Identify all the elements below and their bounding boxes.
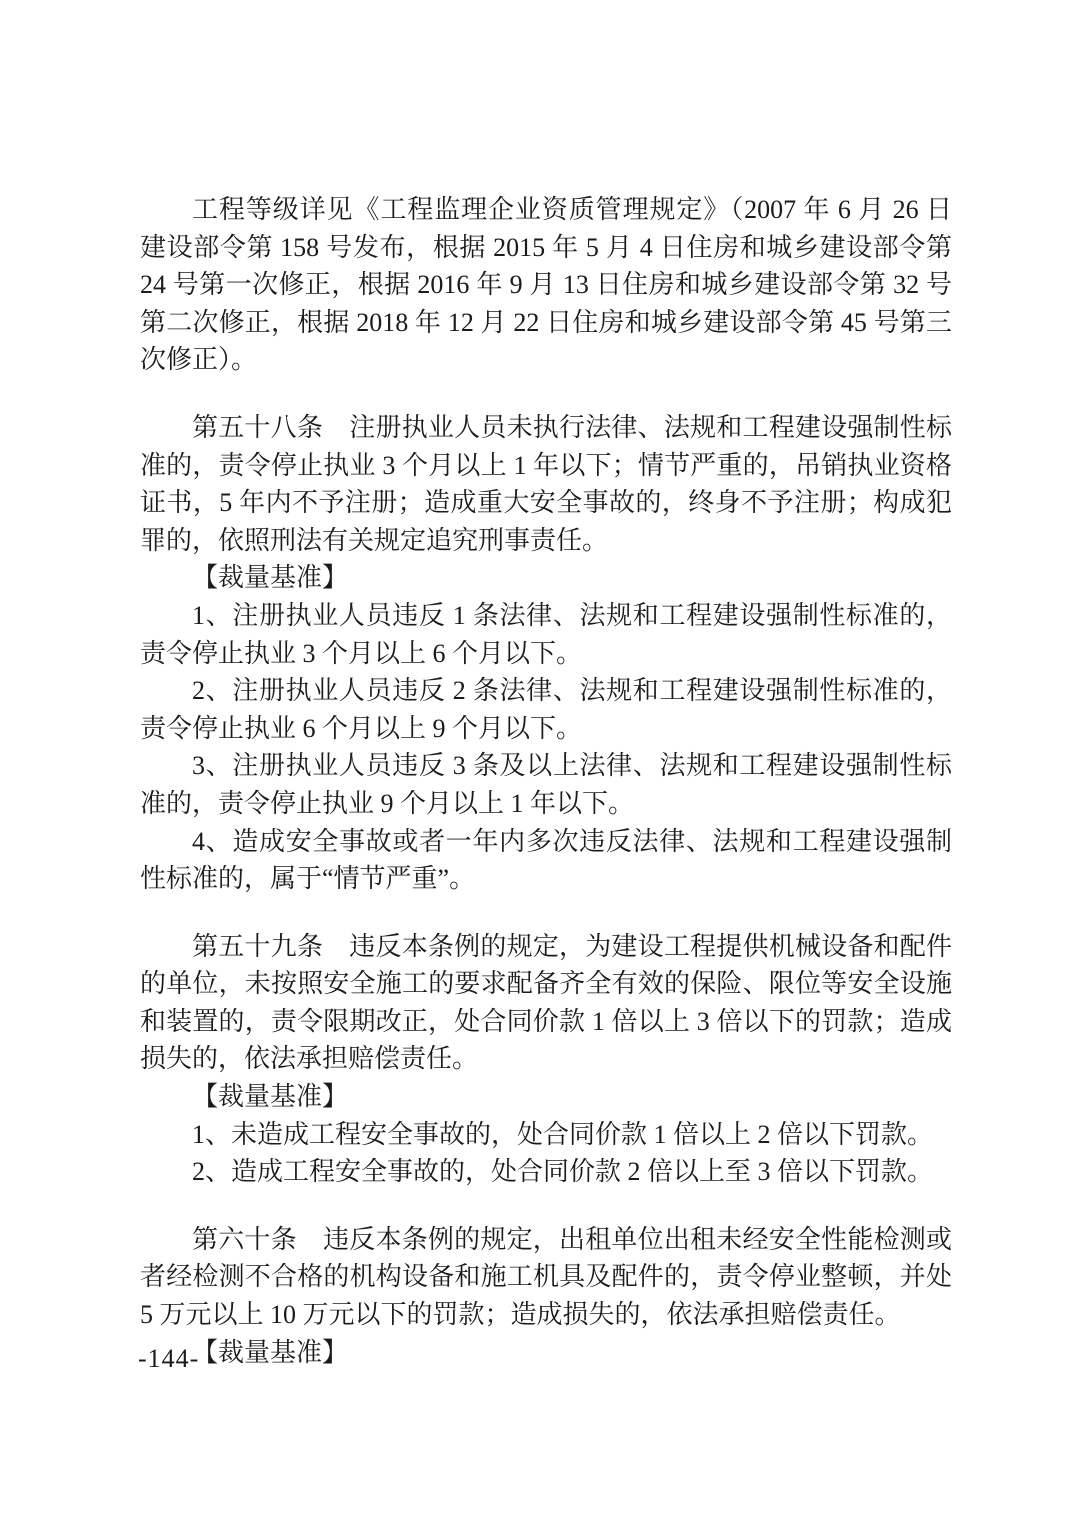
article-60-discretion-label: 【裁量基准】 — [140, 1334, 952, 1372]
article-58-discretion-item-3: 3、注册执业人员违反 3 条及以上法律、法规和工程建设强制性标准的，责令停止执业… — [140, 747, 952, 822]
article-59-discretion-label: 【裁量基准】 — [140, 1078, 952, 1116]
article-58-discretion-label: 【裁量基准】 — [140, 559, 952, 597]
article-59-paragraph: 第五十九条 违反本条例的规定，为建设工程提供机械设备和配件的单位，未按照安全施工… — [140, 928, 952, 1078]
intro-note-paragraph: 工程等级详见《工程监理企业资质管理规定》（2007 年 6 月 26 日建设部令… — [140, 191, 952, 379]
article-59-discretion-item-2: 2、造成工程安全事故的，处合同价款 2 倍以上至 3 倍以下罚款。 — [140, 1153, 952, 1191]
article-58-discretion-item-1: 1、注册执业人员违反 1 条法律、法规和工程建设强制性标准的，责令停止执业 3 … — [140, 597, 952, 672]
document-body: 工程等级详见《工程监理企业资质管理规定》（2007 年 6 月 26 日建设部令… — [140, 191, 952, 1371]
article-60-paragraph: 第六十条 违反本条例的规定，出租单位出租未经安全性能检测或者经检测不合格的机构设… — [140, 1221, 952, 1334]
article-58-discretion-item-2: 2、注册执业人员违反 2 条法律、法规和工程建设强制性标准的，责令停止执业 6 … — [140, 672, 952, 747]
article-59-discretion-item-1: 1、未造成工程安全事故的，处合同价款 1 倍以上 2 倍以下罚款。 — [140, 1116, 952, 1154]
document-page: 工程等级详见《工程监理企业资质管理规定》（2007 年 6 月 26 日建设部令… — [0, 0, 1075, 1520]
article-58-discretion-item-4: 4、造成安全事故或者一年内多次违反法律、法规和工程建设强制性标准的，属于“情节严… — [140, 823, 952, 898]
article-58-paragraph: 第五十八条 注册执业人员未执行法律、法规和工程建设强制性标准的，责令停止执业 3… — [140, 409, 952, 559]
page-number: -144- — [138, 1340, 199, 1377]
